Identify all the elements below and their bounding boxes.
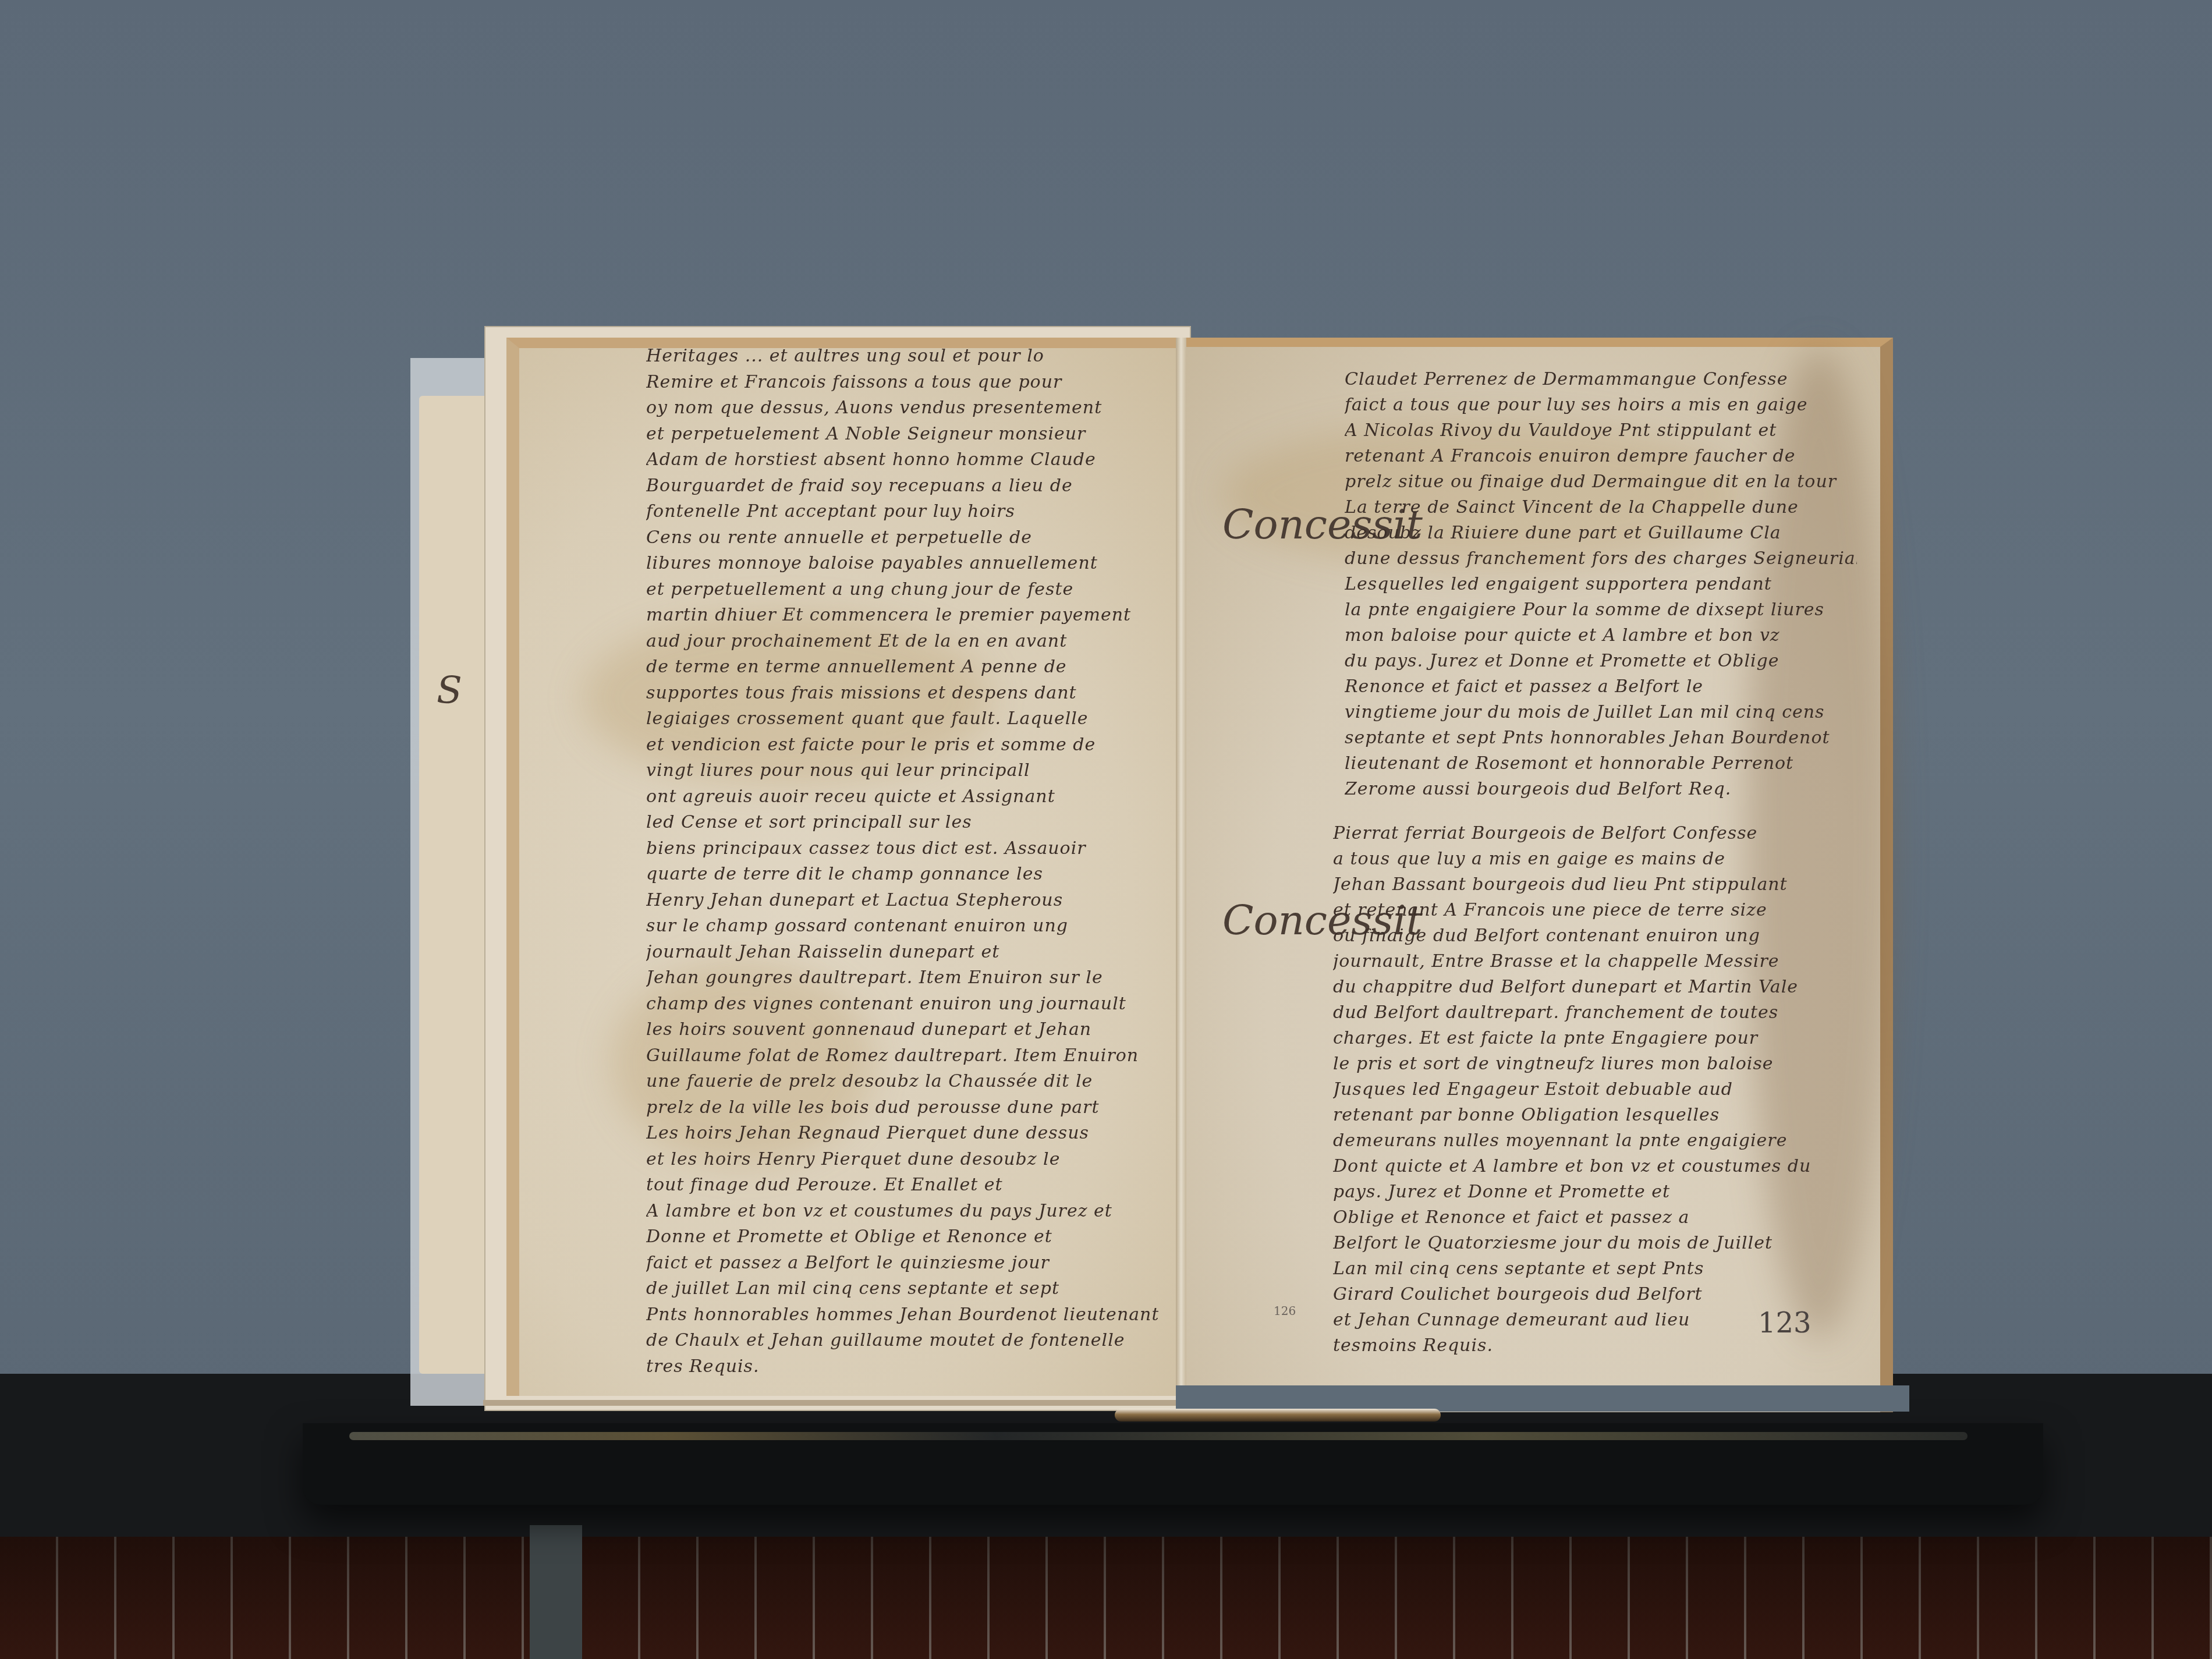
manuscript-line: journault, Entre Brasse et la chappelle … <box>1333 949 1857 974</box>
left-page-text: Heritages ... et aultres ung soul et pou… <box>646 343 1158 1380</box>
manuscript-line: mon baloise pour quicte et A lambre et b… <box>1345 623 1857 648</box>
manuscript-line: la pnte engaigiere Pour la somme de dixs… <box>1345 597 1857 623</box>
manuscript-line: ont agreuis auoir receu quicte et Assign… <box>646 784 1158 810</box>
floor-shadow <box>0 1537 2212 1659</box>
manuscript-line: Jehan Bassant bourgeois dud lieu Pnt sti… <box>1333 872 1857 898</box>
cushion-worn-edge <box>349 1432 1968 1440</box>
manuscript-line: legiaiges crossement quant que fault. La… <box>646 706 1158 732</box>
manuscript-line: Guillaume folat de Romez daultrepart. It… <box>646 1043 1158 1069</box>
gutter-pencil-mark: 126 <box>1274 1304 1296 1318</box>
manuscript-line: Adam de horstiest absent honno homme Cla… <box>646 447 1158 473</box>
fragment-margin-note: S <box>437 669 462 712</box>
manuscript-line: biens principaux cassez tous dict est. A… <box>646 836 1158 862</box>
manuscript-line: Lan mil cinq cens septante et sept Pnts <box>1333 1256 1857 1282</box>
manuscript-line: demeurans nulles moyennant la pnte engai… <box>1333 1128 1857 1154</box>
book-gutter <box>1176 338 1186 1403</box>
manuscript-line: une fauerie de prelz desoubz la Chaussée… <box>646 1069 1158 1095</box>
manuscript-line: Remire et Francois faissons a tous que p… <box>646 370 1158 396</box>
manuscript-line: du pays. Jurez et Donne et Promette et O… <box>1345 648 1857 674</box>
manuscript-line: Pnts honnorables hommes Jehan Bourdenot … <box>646 1302 1158 1328</box>
backdrop-strip <box>1176 1385 1909 1412</box>
manuscript-line: Donne et Promette et Oblige et Renonce e… <box>646 1224 1158 1250</box>
manuscript-line: faict a tous que pour luy ses hoirs a mi… <box>1345 392 1857 418</box>
manuscript-line: vingt liures pour nous qui leur principa… <box>646 758 1158 784</box>
manuscript-line: Lesquelles led engaigent supportera pend… <box>1345 572 1857 597</box>
manuscript-line: vingtieme jour du mois de Juillet Lan mi… <box>1345 700 1857 725</box>
manuscript-line: pays. Jurez et Donne et Promette et <box>1333 1179 1857 1205</box>
manuscript-line: septante et sept Pnts honnorables Jehan … <box>1345 725 1857 751</box>
manuscript-line: champ des vignes contenant enuiron ung j… <box>646 991 1158 1018</box>
manuscript-line: de juillet Lan mil cinq cens septante et… <box>646 1276 1158 1302</box>
manuscript-line: a tous que luy a mis en gaige es mains d… <box>1333 846 1857 872</box>
manuscript-line: Zerome aussi bourgeois dud Belfort Req. <box>1345 777 1857 802</box>
manuscript-line: les hoirs souvent gonnenaud dunepart et … <box>646 1017 1158 1043</box>
manuscript-line: dune dessus franchement fors des charges… <box>1345 546 1857 572</box>
manuscript-line: Jusques led Engageur Estoit debuable aud <box>1333 1077 1857 1103</box>
manuscript-line: led Cense et sort principall sur les <box>646 810 1158 836</box>
manuscript-line: supportes tous frais missions et despens… <box>646 680 1158 707</box>
table-leg <box>530 1525 582 1659</box>
manuscript-line: charges. Et est faicte la pnte Engagiere… <box>1333 1026 1857 1051</box>
manuscript-line: Girard Coulichet bourgeois dud Belfort <box>1333 1282 1857 1307</box>
manuscript-line: et perpetuellement a ung chung jour de f… <box>646 577 1158 603</box>
manuscript-line: Claudet Perrenez de Dermammangue Confess… <box>1345 367 1857 392</box>
manuscript-line: et les hoirs Henry Pierquet dune desoubz… <box>646 1147 1158 1173</box>
manuscript-line: Cens ou rente annuelle et perpetuelle de <box>646 525 1158 551</box>
manuscript-line: dud Belfort daultrepart. franchement de … <box>1333 1000 1857 1026</box>
manuscript-line: de Chaulx et Jehan guillaume moutet de f… <box>646 1328 1158 1354</box>
right-page-entry-1: Claudet Perrenez de Dermammangue Confess… <box>1345 367 1857 802</box>
manuscript-line: retenant A Francois enuiron dempre fauch… <box>1345 444 1857 469</box>
manuscript-line: A lambre et bon vz et coustumes du pays … <box>646 1199 1158 1225</box>
manuscript-line: Les hoirs Jehan Regnaud Pierquet dune de… <box>646 1121 1158 1147</box>
manuscript-line: La terre de Sainct Vincent de la Chappel… <box>1345 495 1857 520</box>
manuscript-line: Dont quicte et A lambre et bon vz et cou… <box>1333 1154 1857 1179</box>
manuscript-line: quarte de terre dit le champ gonnance le… <box>646 862 1158 888</box>
manuscript-line: lieutenant de Rosemont et honnorable Per… <box>1345 751 1857 777</box>
manuscript-line: aud jour prochainement Et de la en en av… <box>646 629 1158 655</box>
manuscript-line: tout finage dud Perouze. Et Enallet et <box>646 1172 1158 1199</box>
manuscript-line: journault Jehan Raisselin dunepart et <box>646 940 1158 966</box>
right-page-entry-2: Pierrat ferriat Bourgeois de Belfort Con… <box>1333 821 1857 1359</box>
manuscript-line: Oblige et Renonce et faict et passez a <box>1333 1205 1857 1231</box>
manuscript-line: Bourguardet de fraid soy recepuans a lie… <box>646 473 1158 499</box>
manuscript-line: Heritages ... et aultres ung soul et pou… <box>646 343 1158 370</box>
metal-page-weight-rod <box>1115 1409 1441 1422</box>
manuscript-line: du chappitre dud Belfort dunepart et Mar… <box>1333 974 1857 1000</box>
manuscript-line: ou finaige dud Belfort contenant enuiron… <box>1333 923 1857 949</box>
manuscript-line: sur le champ gossard contenant enuiron u… <box>646 913 1158 940</box>
page-bottom-edge <box>483 1400 1182 1406</box>
manuscript-line: et perpetuelement A Noble Seigneur monsi… <box>646 421 1158 448</box>
manuscript-line: faict et passez a Belfort le quinziesme … <box>646 1250 1158 1277</box>
manuscript-line: le pris et sort de vingtneufz liures mon… <box>1333 1051 1857 1077</box>
manuscript-line: A Nicolas Rivoy du Vauldoye Pnt stippula… <box>1345 418 1857 444</box>
manuscript-line: Belfort le Quatorziesme jour du mois de … <box>1333 1231 1857 1256</box>
manuscript-line: retenant par bonne Obligation lesquelles <box>1333 1103 1857 1128</box>
manuscript-line: fontenelle Pnt acceptant pour luy hoirs <box>646 499 1158 525</box>
manuscript-line: Henry Jehan dunepart et Lactua Stepherou… <box>646 888 1158 914</box>
manuscript-line: prelz de la ville les bois dud perousse … <box>646 1095 1158 1121</box>
manuscript-line: Renonce et faict et passez a Belfort le <box>1345 674 1857 700</box>
folio-number: 123 <box>1758 1307 1812 1339</box>
manuscript-line: Jehan goungres daultrepart. Item Enuiron… <box>646 965 1158 991</box>
manuscript-line: de terme en terme annuellement A penne d… <box>646 654 1158 680</box>
manuscript-line: et retenant A Francois une piece de terr… <box>1333 898 1857 923</box>
manuscript-line: prelz situe ou finaige dud Dermaingue di… <box>1345 469 1857 495</box>
manuscript-line: oy nom que dessus, Auons vendus presente… <box>646 395 1158 421</box>
manuscript-line: desoubz la Riuiere dune part et Guillaum… <box>1345 520 1857 546</box>
manuscript-line: tres Requis. <box>646 1354 1158 1380</box>
manuscript-line: martin dhiuer Et commencera le premier p… <box>646 602 1158 629</box>
manuscript-line: et vendicion est faicte pour le pris et … <box>646 732 1158 758</box>
manuscript-line: Pierrat ferriat Bourgeois de Belfort Con… <box>1333 821 1857 846</box>
manuscript-line: libures monnoye baloise payables annuell… <box>646 551 1158 577</box>
